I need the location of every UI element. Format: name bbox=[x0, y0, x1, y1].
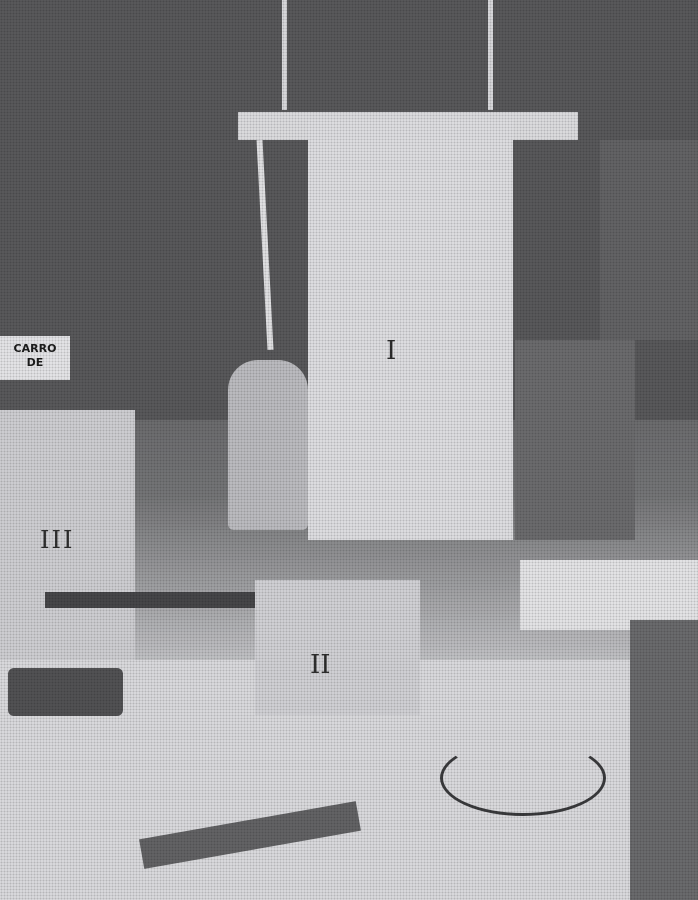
cable bbox=[440, 740, 606, 816]
photograph: I III CARRO DE II bbox=[0, 0, 698, 900]
right-cabinet bbox=[515, 340, 635, 540]
dark-floor-right bbox=[630, 620, 698, 900]
device-left bbox=[8, 668, 123, 716]
sign: CARRO DE bbox=[0, 336, 70, 380]
label-cabinet: III bbox=[40, 526, 74, 554]
label-box-small: II bbox=[310, 650, 331, 680]
person bbox=[228, 360, 308, 530]
rope-right bbox=[488, 0, 493, 110]
label-box-large: I bbox=[386, 336, 396, 366]
box-small bbox=[255, 580, 420, 715]
rod bbox=[45, 592, 265, 608]
right-shelf bbox=[600, 140, 698, 340]
box-large bbox=[308, 120, 513, 540]
rope-left bbox=[282, 0, 287, 110]
